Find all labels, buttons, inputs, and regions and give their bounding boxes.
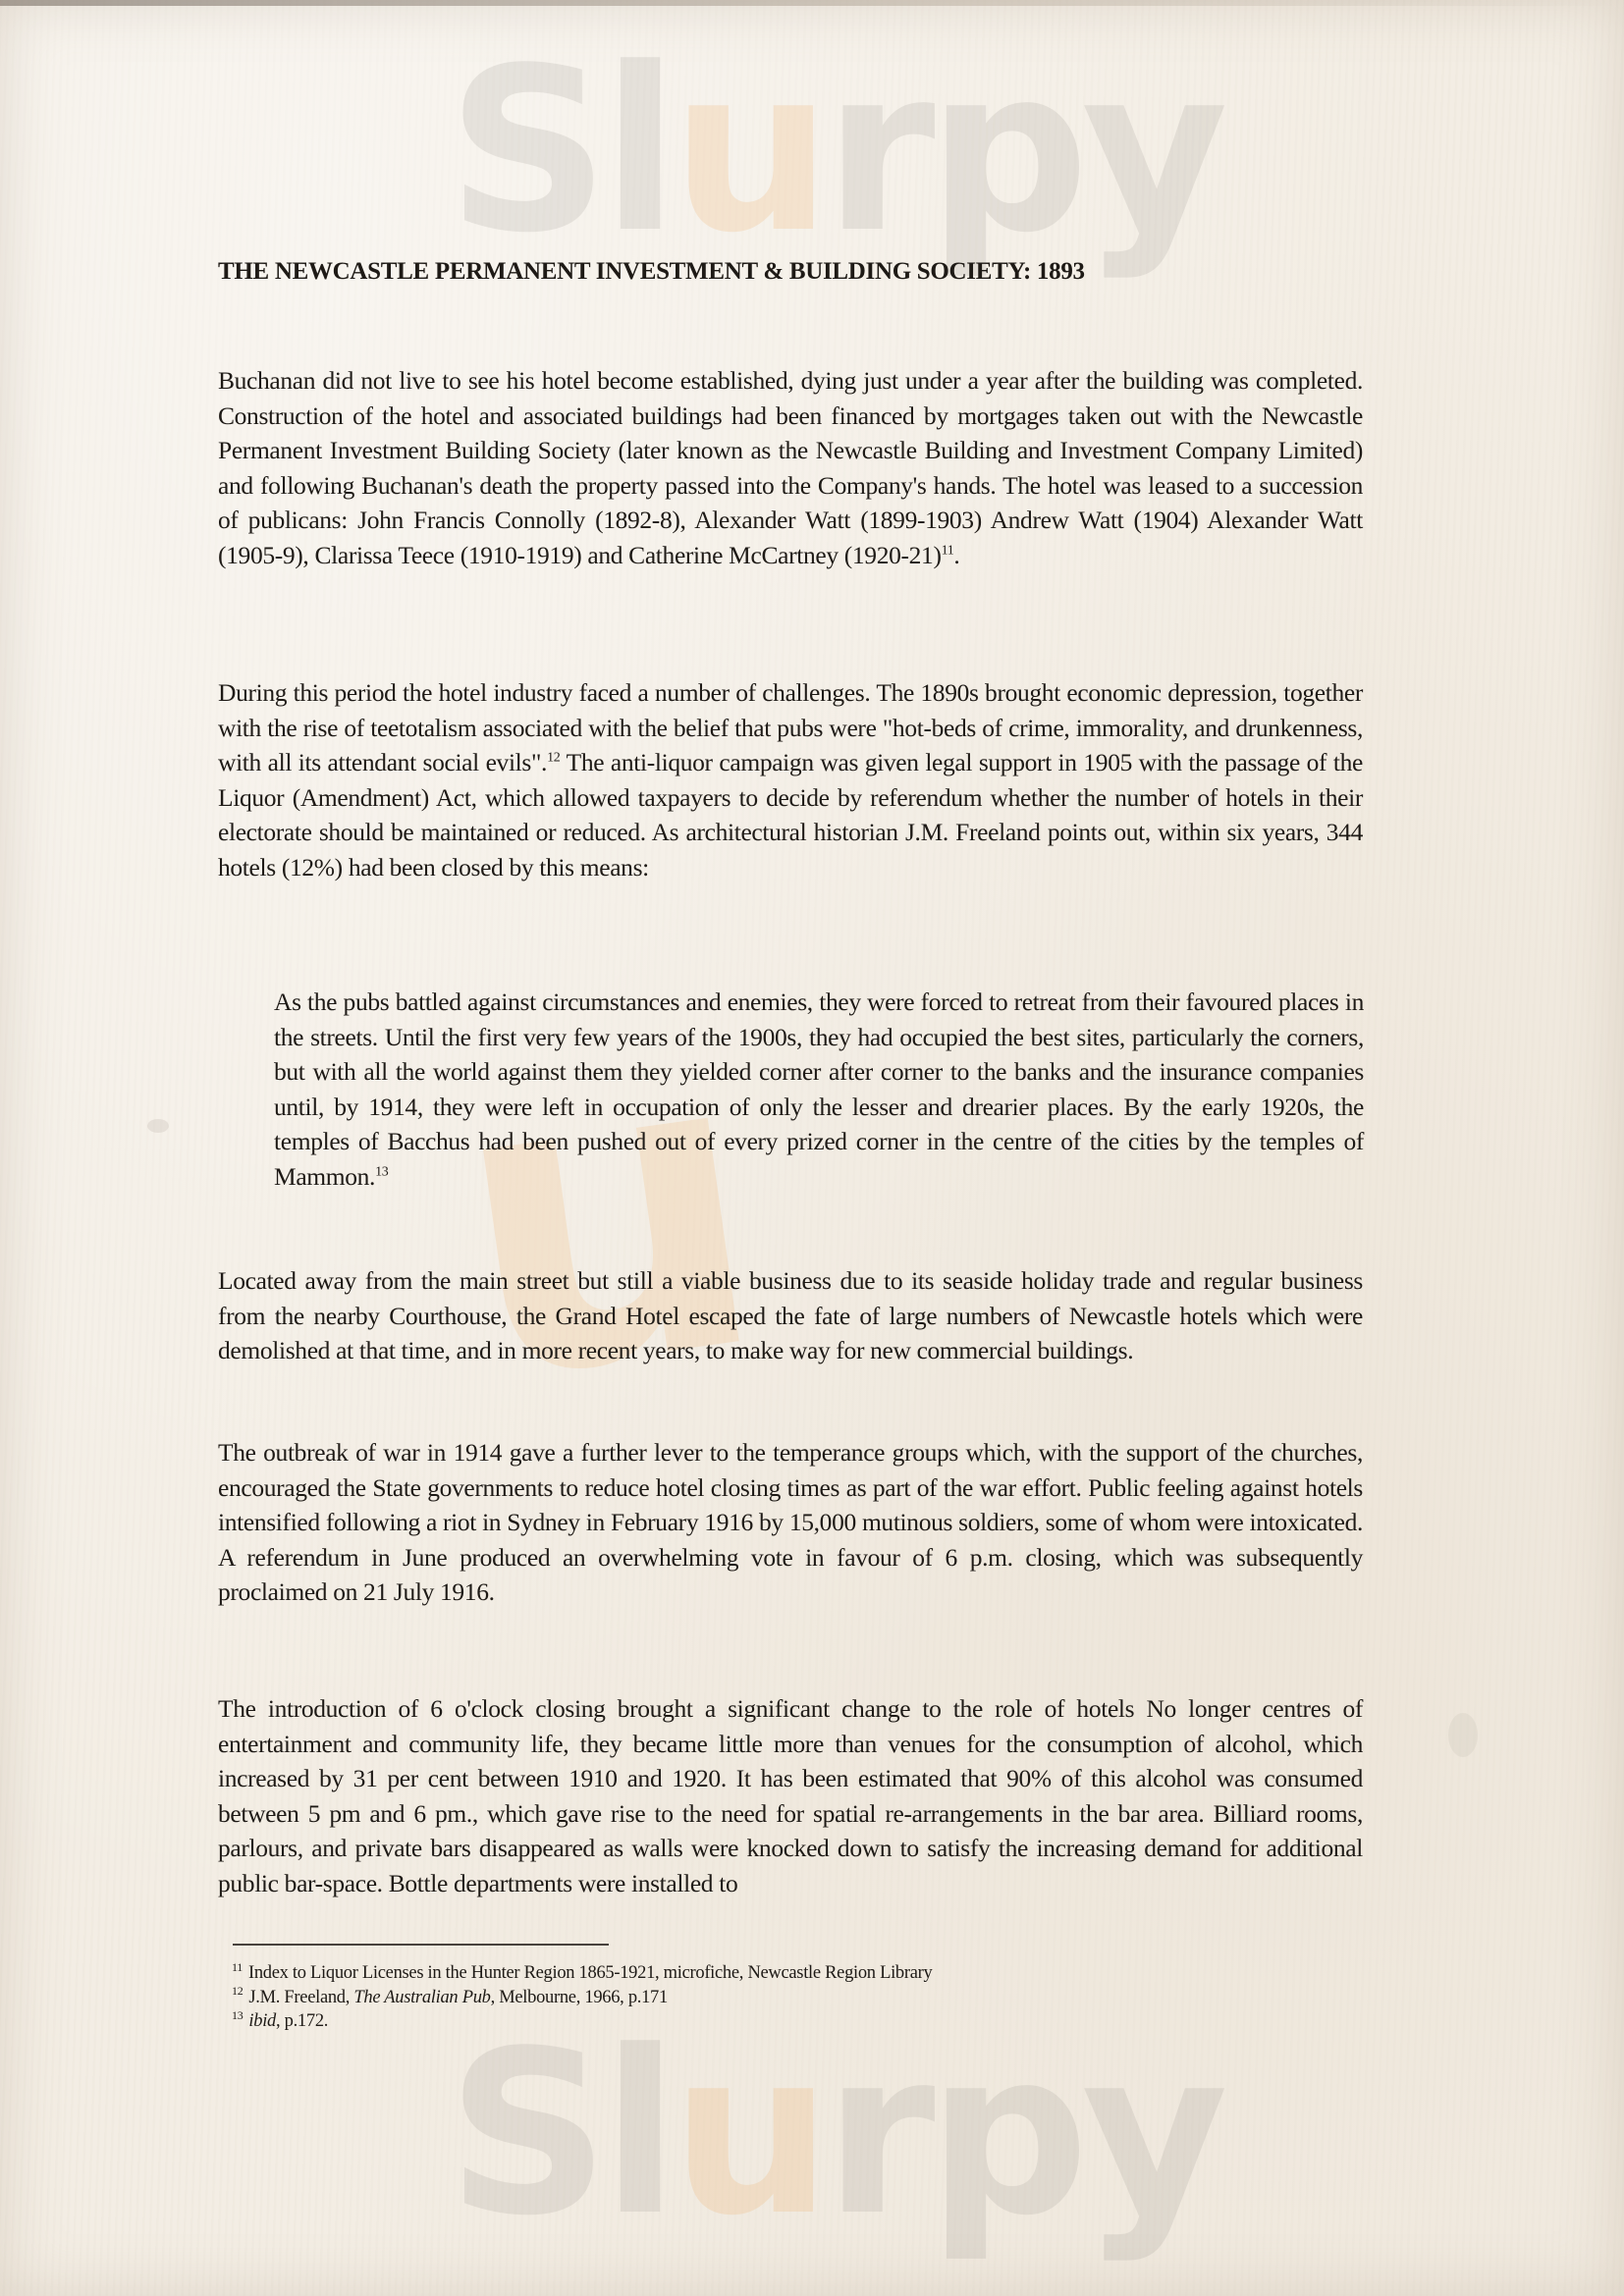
paragraph-war: The outbreak of war in 1914 gave a furth… (218, 1435, 1363, 1610)
page-edge-shadow (0, 0, 1624, 6)
watermark-top: Slurpy (447, 39, 1220, 265)
footnote-ref-11[interactable]: 11 (942, 543, 954, 558)
paragraph-text: . (953, 541, 959, 569)
watermark-text: Sl (447, 21, 672, 283)
paragraph-challenges: During this period the hotel industry fa… (218, 675, 1363, 884)
footnote-ibid: ibid (248, 2011, 276, 2031)
paragraph-six-oclock-closing: The introduction of 6 o'clock closing br… (218, 1691, 1363, 1900)
footnote-12: 12J.M. Freeland, The Australian Pub, Mel… (232, 1986, 1361, 2010)
paper-smudge (1448, 1713, 1478, 1757)
block-quote-freeland: As the pubs battled against circumstance… (274, 985, 1364, 1194)
paper-smudge (147, 1119, 169, 1133)
footnote-text: , Melbourne, 1966, p.171 (491, 1988, 668, 2007)
paragraph-text: Buchanan did not live to see his hotel b… (218, 366, 1363, 569)
footnote-11: 11Index to Liquor Licenses in the Hunter… (232, 1961, 1361, 1986)
quote-text: As the pubs battled against circumstance… (274, 988, 1364, 1191)
paragraph-publicans: Buchanan did not live to see his hotel b… (218, 363, 1363, 572)
watermark-bottom: Slurpy (447, 2022, 1220, 2248)
watermark-text: u (672, 21, 825, 283)
watermark-text: Sl (447, 2003, 672, 2266)
footnote-13: 13ibid, p.172. (232, 2009, 1361, 2034)
footnote-book-title: The Australian Pub (353, 1988, 490, 2007)
footnote-text: , p.172. (276, 2011, 328, 2031)
watermark-text: rpy (824, 2003, 1220, 2266)
section-heading: THE NEWCASTLE PERMANENT INVESTMENT & BUI… (218, 256, 1363, 287)
footnote-text: J.M. Freeland, (248, 1988, 353, 2007)
footnote-text: Index to Liquor Licenses in the Hunter R… (248, 1963, 932, 1983)
footnote-number: 13 (232, 2008, 243, 2022)
watermark-text: u (672, 2003, 825, 2266)
footnote-divider (233, 1944, 609, 1946)
footnote-number: 11 (232, 1960, 243, 1974)
footnote-number: 12 (232, 1984, 243, 1998)
paragraph-grand-hotel: Located away from the main street but st… (218, 1263, 1363, 1368)
footnotes: 11Index to Liquor Licenses in the Hunter… (232, 1961, 1361, 2034)
footnote-ref-13[interactable]: 13 (375, 1164, 388, 1179)
watermark-text: rpy (824, 21, 1220, 283)
footnote-ref-12[interactable]: 12 (547, 751, 560, 766)
